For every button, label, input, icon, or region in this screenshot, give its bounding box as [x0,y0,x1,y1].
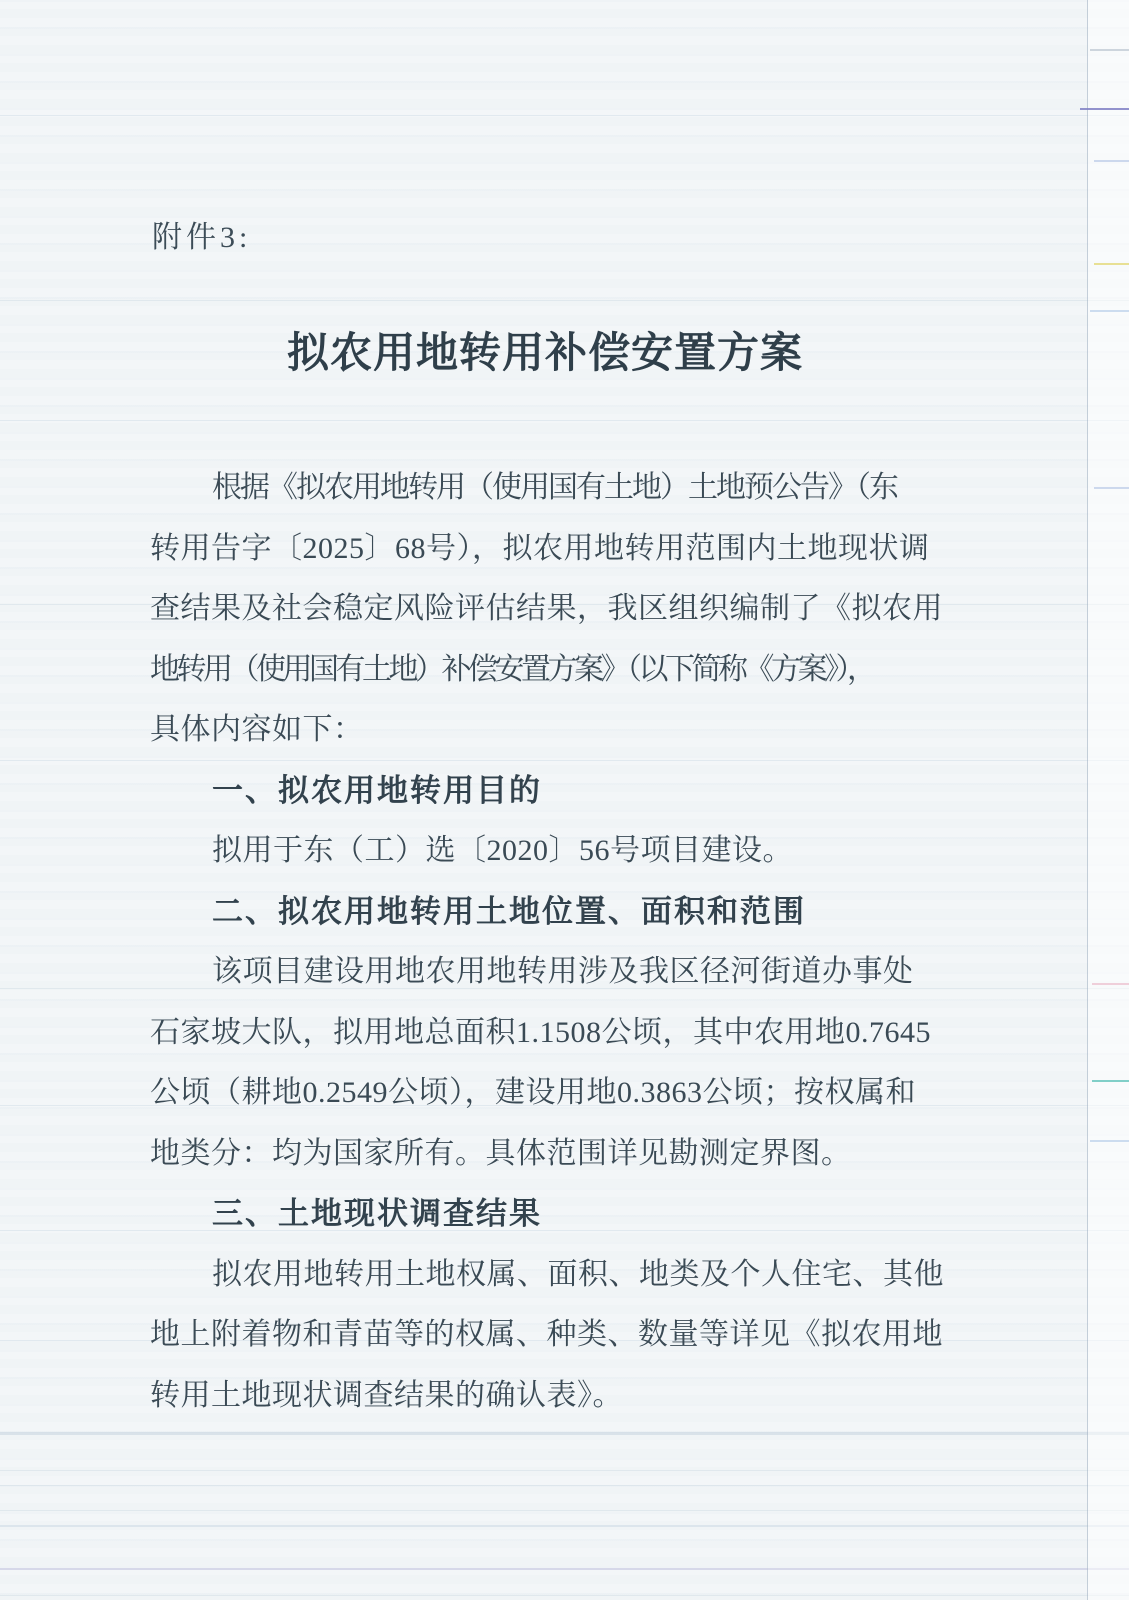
scan-tick [1092,983,1129,985]
scan-streak-line [0,1510,1129,1511]
paragraph-line: 公顷（耕地0.2549公顷），建设用地0.3863公顷；按权属和 [150,1063,942,1124]
scan-edge-strip [1088,0,1129,1600]
document-body: 根据《拟农用地转用（使用国有土地）土地预公告》（东 转用告字〔2025〕68号）… [150,458,942,1426]
scan-tick [1090,49,1129,51]
scan-streak-line [0,1568,1129,1570]
section-heading-2: 二、拟农用地转用土地位置、面积和范围 [150,882,942,943]
scan-streak-line [0,1595,1129,1596]
scan-tick [1094,263,1129,265]
attachment-label: 附件3: [152,212,251,256]
scan-tick [1090,1140,1129,1142]
scan-streak-line [0,1485,1129,1486]
scan-streak-line [0,115,1129,116]
scanned-document-page: 附件3: 拟农用地转用补偿安置方案 根据《拟农用地转用（使用国有土地）土地预公告… [0,0,1129,1600]
section-heading-3: 三、土地现状调查结果 [150,1184,942,1245]
paragraph-line: 查结果及社会稳定风险评估结果，我区组织编制了《拟农用 [150,579,942,640]
scan-tick [1092,1080,1129,1082]
paragraph-line: 转用土地现状调查结果的确认表》。 [150,1366,942,1427]
scan-tick [1094,160,1129,162]
scan-edge-line [1087,0,1088,1600]
scan-tick [1094,487,1129,489]
scan-streak-line [0,420,1129,421]
scan-tick [1090,310,1129,312]
scan-streak-line [0,1470,1129,1471]
paragraph-line: 地转用（使用国有土地）补偿安置方案》（以下简称《方案》）， [150,640,942,701]
scan-streak-line [0,300,1129,301]
scan-tick [1080,108,1129,110]
paragraph-line: 拟农用地转用土地权属、面积、地类及个人住宅、其他 [150,1245,942,1306]
paragraph-line: 转用告字〔2025〕68号），拟农用地转用范围内土地现状调 [150,519,942,580]
paragraph-line: 地上附着物和青苗等的权属、种类、数量等详见《拟农用地 [150,1305,942,1366]
paragraph-line: 石家坡大队，拟用地总面积1.1508公顷，其中农用地0.7645 [150,1003,942,1064]
document-title: 拟农用地转用补偿安置方案 [150,320,940,380]
section-heading-1: 一、拟农用地转用目的 [150,761,942,822]
paragraph-line: 该项目建设用地农用地转用涉及我区径河街道办事处 [150,942,942,1003]
paragraph-line: 具体内容如下： [150,700,942,761]
paragraph-line: 地类分：均为国家所有。具体范围详见勘测定界图。 [150,1124,942,1185]
paragraph-line: 拟用于东（工）选〔2020〕56号项目建设。 [150,821,942,882]
scan-streak-line [0,1525,1129,1527]
scan-streak-line [0,1432,1129,1435]
paragraph-line: 根据《拟农用地转用（使用国有土地）土地预公告》（东 [150,458,942,519]
